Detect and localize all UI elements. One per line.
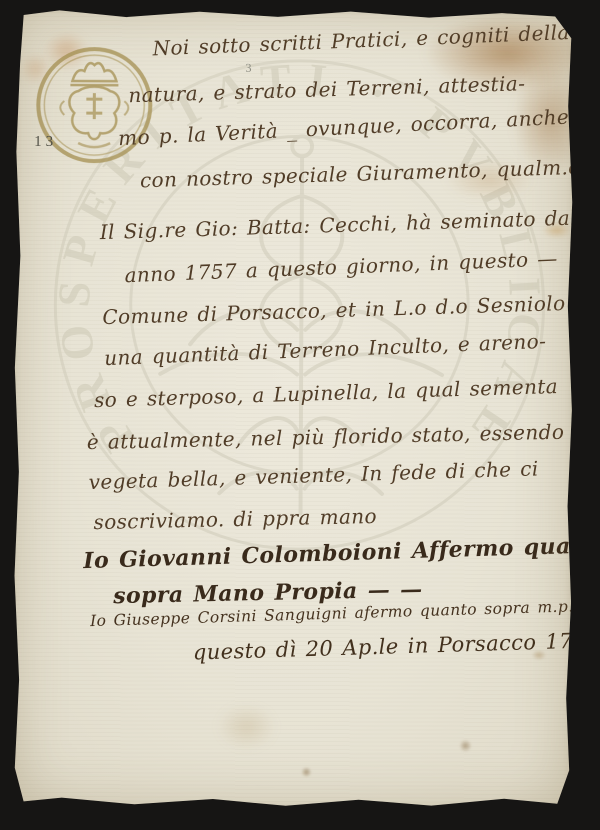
stain-top-left <box>44 32 88 70</box>
manuscript-line: una quantità di Terreno Inculto, e areno… <box>104 329 547 370</box>
manuscript-line: natura, e strato dei Terreni, attestia- <box>128 71 526 107</box>
foxing-spot <box>217 704 277 750</box>
manuscript-line: mo p. la Verità _ ovunque, occorra, anch… <box>118 105 570 151</box>
photo-background: PROSPERITATI · PVBLICAE <box>0 0 600 830</box>
manuscript-line: con nostro speciale Giuramento, qualm.e <box>140 155 581 192</box>
manuscript-line: Il Sig.re Gio: Batta: Cecchi, hà seminat… <box>99 205 596 244</box>
manuscript-line: è attualmente, nel più florido stato, es… <box>87 420 565 454</box>
sheet-number: 3 <box>245 61 251 76</box>
manuscript-line: Noi sotto scritti Pratici, e cogniti del… <box>152 20 570 60</box>
signature-giovanni-colomboioni: Io Giovanni Colomboioni Affermo quanto <box>83 532 600 574</box>
manuscript-line: anno 1757 a questo giorno, in questo — <box>124 246 558 287</box>
foxing-spot <box>460 740 472 752</box>
foxing-spot <box>301 767 311 777</box>
stain-left-spot <box>20 54 50 84</box>
manuscript-page: PROSPERITATI · PVBLICAE <box>11 8 574 810</box>
date-line: questo dì 20 Ap.le in Porsacco 1789 <box>193 628 600 664</box>
manuscript-line: so e sterposo, a Lupinella, la qual seme… <box>94 374 559 412</box>
page-number: 13 <box>34 134 57 151</box>
manuscript-line: vegeta bella, e veniente, In fede di che… <box>88 456 539 494</box>
manuscript-line: Comune di Porsacco, et in L.o d.o Sesnio… <box>102 291 566 329</box>
manuscript-line: soscriviamo. di ppra mano <box>93 504 377 534</box>
